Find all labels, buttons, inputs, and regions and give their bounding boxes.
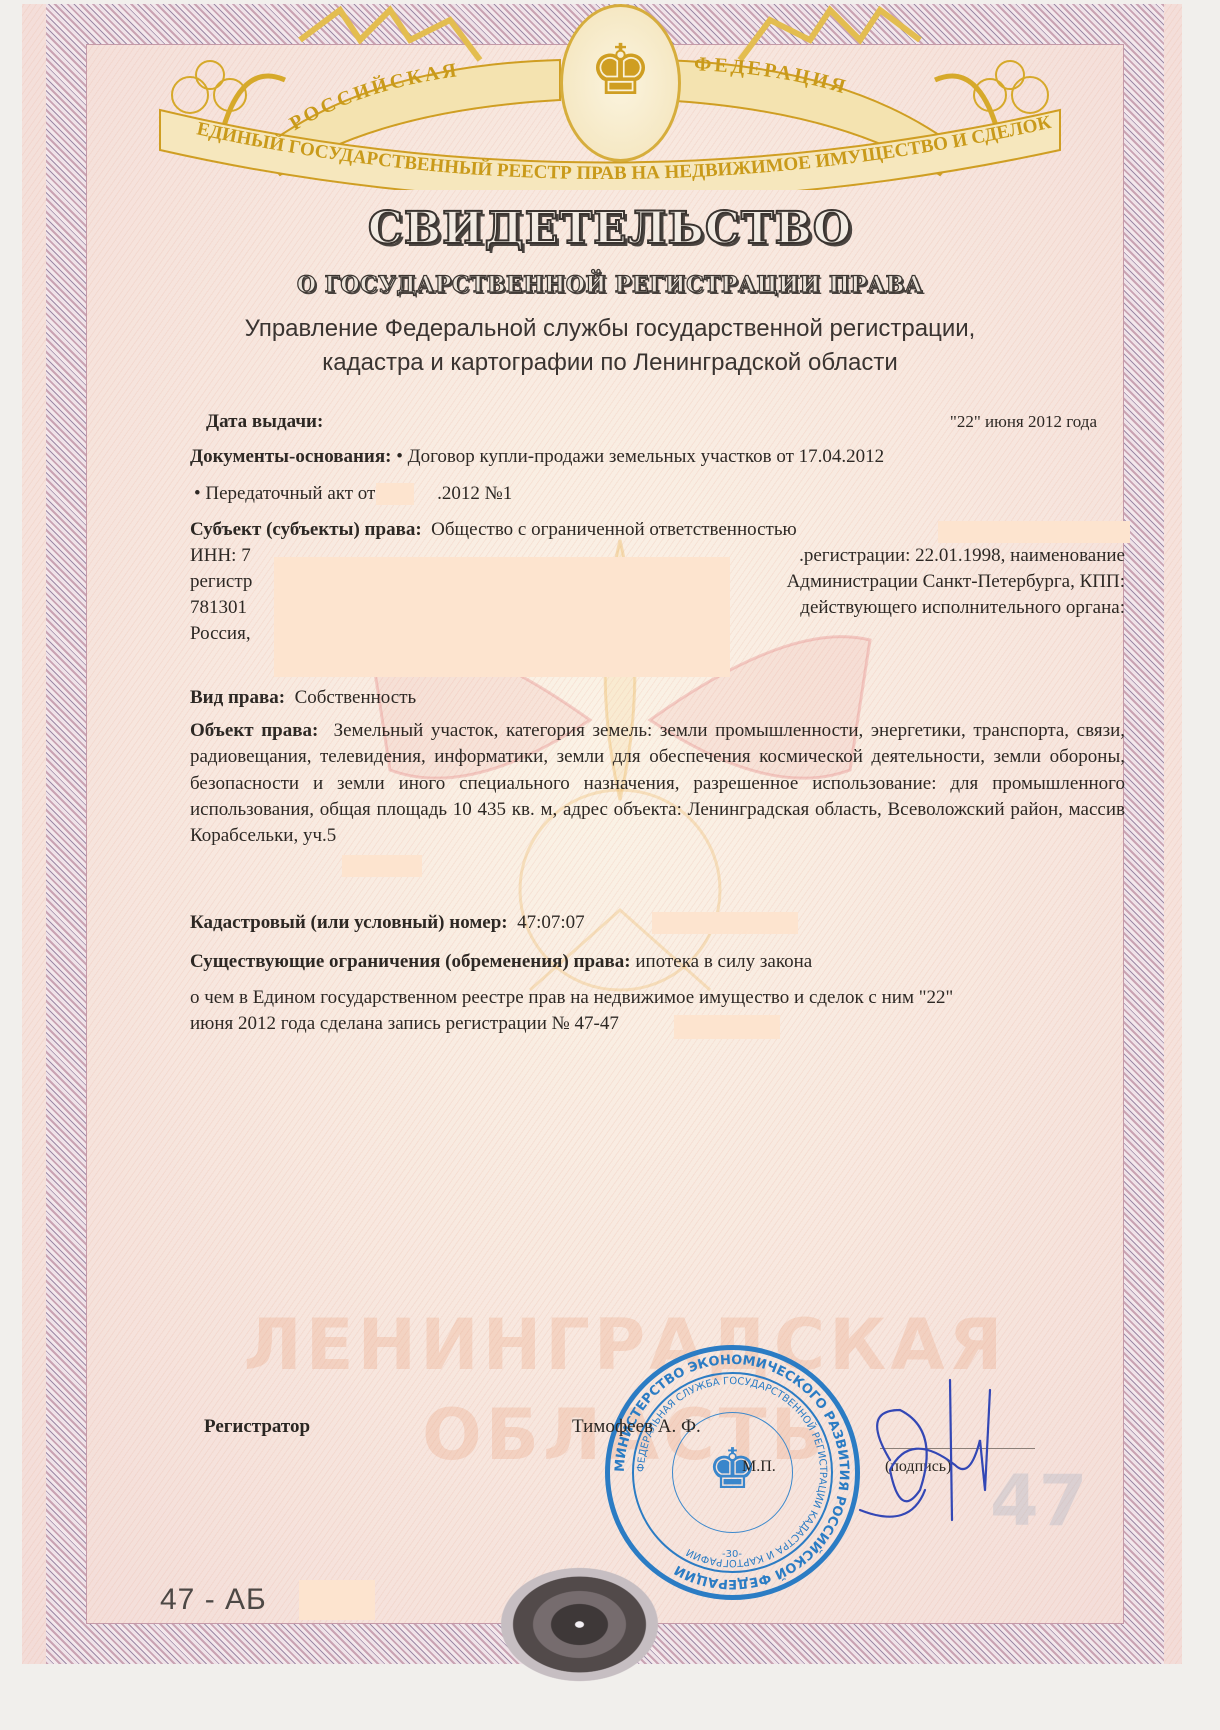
basis-documents-row: Документы-основания: • Договор купли-про… [190, 444, 1125, 470]
document-title: СВИДЕТЕЛЬСТВО [0, 203, 1220, 254]
state-emblem: ♚ [560, 4, 681, 162]
object-label: Объект права: [190, 720, 318, 741]
basis-item-2-tail: .2012 №1 [437, 483, 512, 504]
subject-block: Субъект (субъекты) права: Общество с огр… [190, 517, 1125, 647]
subject-line-3-start: регистр [190, 571, 252, 592]
subject-line-2-start: ИНН: 7 [190, 545, 251, 566]
issue-date-label: Дата выдачи: [206, 411, 323, 432]
cadastral-label: Кадастровый (или условный) номер: [190, 912, 508, 933]
seal-place-mark: М.П. [742, 1458, 776, 1476]
subject-line-5-start: Россия, [190, 623, 251, 644]
issue-date-row: Дата выдачи: "22" июня 2012 года [190, 409, 1125, 435]
serial-series: 47 - АБ [160, 1583, 267, 1616]
subject-line-1: Общество с ограниченной ответственностью [431, 519, 797, 540]
issue-date-value: "22" июня 2012 года [950, 409, 1097, 435]
redaction-box [652, 912, 798, 934]
basis-item-2-row: • Передаточный акт от 23.2012 №1 [194, 481, 1129, 507]
security-rosette [472, 1547, 687, 1702]
document-subtitle: О ГОСУДАРСТВЕННОЙ РЕГИСТРАЦИИ ПРАВА [0, 272, 1220, 298]
record-block: о чем в Едином государственном реестре п… [190, 985, 1125, 1037]
seal-number: -30- [722, 1549, 742, 1560]
redaction-box [274, 557, 730, 677]
subject-label: Субъект (субъекты) права: [190, 519, 422, 540]
restrictions-value: ипотека в силу закона [635, 951, 812, 972]
object-block: Объект права: Земельный участок, категор… [190, 718, 1125, 849]
subject-line-4-end: действующего исполнительного органа: [800, 595, 1125, 621]
redaction-box [674, 1015, 780, 1039]
right-type-value: Собственность [295, 687, 417, 708]
redaction-box [342, 855, 422, 877]
seal-middle-text: ФЕДЕРАЛЬНАЯ СЛУЖБА ГОСУДАРСТВЕННОЙ РЕГИС… [636, 1376, 828, 1568]
redaction-box [299, 1580, 375, 1620]
subject-line-3-end: Администрации Санкт-Петербурга, КПП: [787, 569, 1125, 595]
registrar-role: Регистратор [204, 1416, 310, 1438]
record-line-2-start: июня 2012 года сделана запись регистраци… [190, 1013, 619, 1034]
double-headed-eagle-icon: ♚ [563, 37, 678, 107]
svg-text:ФЕДЕРАЛЬНАЯ СЛУЖБА ГОСУДАРСТВЕ: ФЕДЕРАЛЬНАЯ СЛУЖБА ГОСУДАРСТВЕННОЙ РЕГИС… [636, 1376, 828, 1568]
agency-line-1: Управление Федеральной службы государств… [0, 312, 1220, 346]
basis-item-2: • Передаточный акт от 23 [194, 483, 399, 504]
handwritten-signature [840, 1370, 1010, 1540]
cadastral-value: 47:07:07 [517, 912, 585, 933]
basis-item-1: • Договор купли-продажи земельных участк… [396, 446, 884, 467]
subject-line-2-end: .регистрации: 22.01.1998, наименование [799, 543, 1125, 569]
restrictions-label: Существующие ограничения (обременения) п… [190, 951, 631, 972]
right-type-row: Вид права: Собственность [190, 685, 1125, 711]
agency-line-2: кадастра и картографии по Ленинградской … [0, 346, 1220, 380]
redaction-box [376, 483, 414, 505]
right-type-label: Вид права: [190, 687, 285, 708]
registrar-name: Тимофеев А. Ф. [572, 1416, 701, 1438]
registrar-role-label: Регистратор [204, 1416, 310, 1437]
redaction-box [938, 521, 1130, 543]
basis-label: Документы-основания: [190, 446, 392, 467]
cadastral-row: Кадастровый (или условный) номер: 47:07:… [190, 910, 1125, 936]
restrictions-row: Существующие ограничения (обременения) п… [190, 949, 1125, 975]
subject-line-4-start: 781301 [190, 597, 247, 618]
record-line-1: о чем в Едином государственном реестре п… [190, 985, 1125, 1011]
issuing-agency: Управление Федеральной службы государств… [0, 312, 1220, 380]
object-text: Земельный участок, категория земель: зем… [190, 720, 1125, 846]
